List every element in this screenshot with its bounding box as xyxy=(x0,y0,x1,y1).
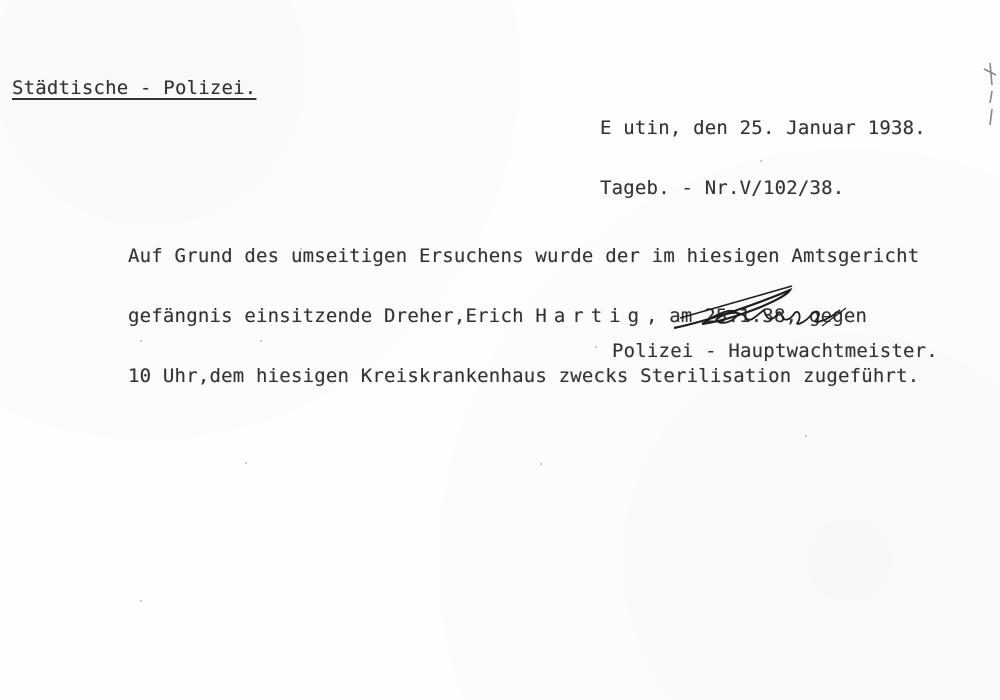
paper-speck xyxy=(760,160,762,162)
paper-speck xyxy=(260,340,262,342)
paper-speck xyxy=(805,435,807,437)
paper-speck xyxy=(140,340,142,342)
place-date: E utin, den 25. Januar 1938. xyxy=(600,118,926,138)
diary-number: Tageb. - Nr.V/102/38. xyxy=(600,178,926,198)
paper-speck xyxy=(595,346,597,348)
paper-speck xyxy=(245,462,247,464)
stamp-residue xyxy=(980,55,1000,135)
document-page: Städtische - Polizei. E utin, den 25. Ja… xyxy=(0,0,1000,700)
body-line-text: 10 Uhr,dem hiesigen Kreiskrankenhaus zwe… xyxy=(128,365,919,387)
handwritten-signature: Krause xyxy=(672,280,862,340)
paper-speck xyxy=(140,600,142,602)
body-line-text: Auf Grund des umseitigen Ersuchens wurde… xyxy=(128,245,919,267)
paper-speck xyxy=(540,463,542,465)
issuing-authority: Städtische - Polizei. xyxy=(12,78,256,98)
body-line-1: Auf Grund des umseitigen Ersuchens wurde… xyxy=(128,246,919,266)
person-surname: Hartig xyxy=(535,305,646,327)
body-line-3: 10 Uhr,dem hiesigen Kreiskrankenhaus zwe… xyxy=(128,366,919,386)
body-line-text: gefängnis einsitzende Dreher,Erich xyxy=(128,305,535,327)
paper-speck xyxy=(300,248,302,250)
signatory-title: Polizei - Hauptwachtmeister. xyxy=(612,341,938,361)
